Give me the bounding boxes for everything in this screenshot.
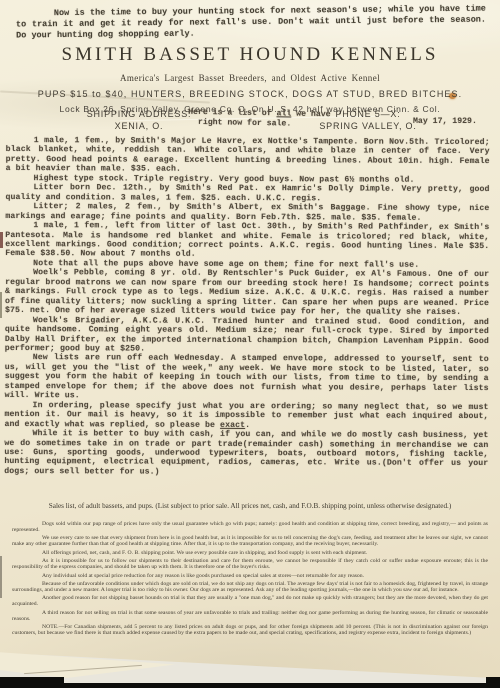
ordering-paragraph: In ordering, please specify just what yo…	[4, 401, 488, 431]
typed-sale-note-underlined: all	[276, 109, 291, 118]
scan-edge-mark	[0, 232, 3, 248]
fine-print-paragraph: All offerings priced, net, cash, and F. …	[12, 550, 488, 556]
phone-label: PHONE 5—X:	[310, 108, 426, 120]
listing-paragraph: Litter; 2 males, 2 fem., by Smith's Albe…	[5, 202, 489, 223]
fine-print-paragraph: Another good reason for not shipping bas…	[12, 595, 488, 607]
ordering-underlined-word: exact	[220, 420, 245, 429]
listing-paragraph: Woelk's Pebble, coming 8 yr. old. By Ren…	[5, 268, 489, 317]
fine-print-paragraph: Because of the unfavorable conditions un…	[12, 581, 488, 593]
sales-list-note: Sales list, of adult bassets, and pups. …	[30, 502, 470, 510]
scan-bottom-edge	[0, 683, 500, 688]
fine-print-paragraph: Dogs sold within our pup range of prices…	[12, 521, 488, 533]
scan-bottom-left-corner	[0, 677, 64, 688]
listing-paragraph: Litter born Dec. 12th., by Smith's Red P…	[5, 183, 489, 204]
typed-sale-note-text: Here is a list of	[188, 108, 277, 119]
fine-print-paragraph: Any individual sold at special price red…	[12, 573, 488, 579]
fine-print-note-paragraph: NOTE.—For Canadian shipments, add 5 perc…	[12, 624, 488, 636]
letter-paper: Now is the time to buy your hunting stoc…	[0, 0, 500, 688]
ordering-text: .	[245, 421, 250, 430]
listing-paragraph: 1 male, 1 fem., left from litter of last…	[5, 221, 489, 261]
fine-print-paragraph: A third reason for not selling on trial …	[12, 610, 488, 622]
scan-edge-mark	[0, 292, 2, 318]
fine-print: Dogs sold within our pup range of prices…	[12, 521, 488, 639]
lists-info-paragraph: New lists are run off each Wednesday. A …	[5, 353, 489, 402]
scan-edge-mark	[0, 556, 2, 598]
phone-block: PHONE 5—X: SPRING VALLEY, O.	[310, 108, 426, 132]
shipping-label: SHIPPING ADDRESS:	[84, 108, 194, 120]
letter-body: 1 male, 1 fem., by Smith's Major Le Havr…	[4, 136, 489, 478]
letterhead-services: PUPS $15 to $40, HUNTERS, BREEDING STOCK…	[0, 89, 500, 99]
shipping-city: XENIA, O.	[84, 120, 194, 132]
trade-paragraph: While it is better to buy with cash, if …	[4, 429, 488, 478]
fine-print-paragraph: As it is impossible for us to follow our…	[12, 558, 488, 570]
scanned-letter: Now is the time to buy your hunting stoc…	[0, 0, 500, 688]
listing-paragraph: Woelk's Brigadier, A.K.C.& U.K.C. Traine…	[5, 316, 489, 356]
letterhead-subtitle: America's Largest Basset Breeders, and O…	[0, 73, 500, 83]
letterhead: SMITH BASSET HOUND KENNELS America's Lar…	[0, 44, 500, 114]
scan-bottom-right-corner	[486, 677, 500, 685]
letter-date: May 17, 1929.	[413, 117, 477, 126]
top-promo-note: Now is the time to buy your hunting stoc…	[16, 4, 486, 42]
phone-city: SPRING VALLEY, O.	[310, 120, 426, 132]
kennel-name: SMITH BASSET HOUND KENNELS	[0, 44, 500, 66]
fine-print-paragraph: We use every care to see that every ship…	[12, 535, 488, 547]
shipping-address-block: SHIPPING ADDRESS: XENIA, O.	[84, 108, 194, 132]
listing-paragraph: 1 male, 1 fem., by Smith's Major Le Havr…	[6, 136, 490, 176]
